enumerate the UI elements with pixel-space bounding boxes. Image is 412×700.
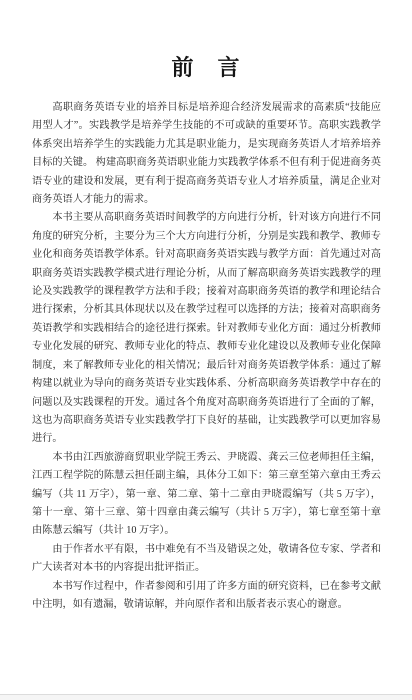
preface-paragraph: 高职商务英语专业的培养目标是培养迎合经济发展需求的高素质“技能应用型人才”。实践… [32,99,381,209]
ebook-page: 前 言 高职商务英语专业的培养目标是培养迎合经济发展需求的高素质“技能应用型人才… [0,0,412,700]
preface-paragraph: 本书主要从高职商务英语时间教学的方向进行分析，针对该方向进行不同角度的研究分析，… [32,209,381,448]
preface-paragraph: 本书写作过程中，作者参阅和引用了许多方面的研究资料，已在参考文献中注明，如有遗漏… [32,578,381,615]
preface-paragraph: 本书由江西旅游商贸职业学院王秀云、尹晓霞、龚云三位老师担任主编，江西工程学院的陈… [32,449,381,541]
page-bottom-divider [0,694,412,700]
preface-body: 高职商务英语专业的培养目标是培养迎合经济发展需求的高素质“技能应用型人才”。实践… [32,99,381,614]
page-title: 前 言 [0,54,412,82]
preface-paragraph: 由于作者水平有限，书中难免有不当及错误之处，敬请各位专家、学者和广大读者对本书的… [32,541,381,578]
